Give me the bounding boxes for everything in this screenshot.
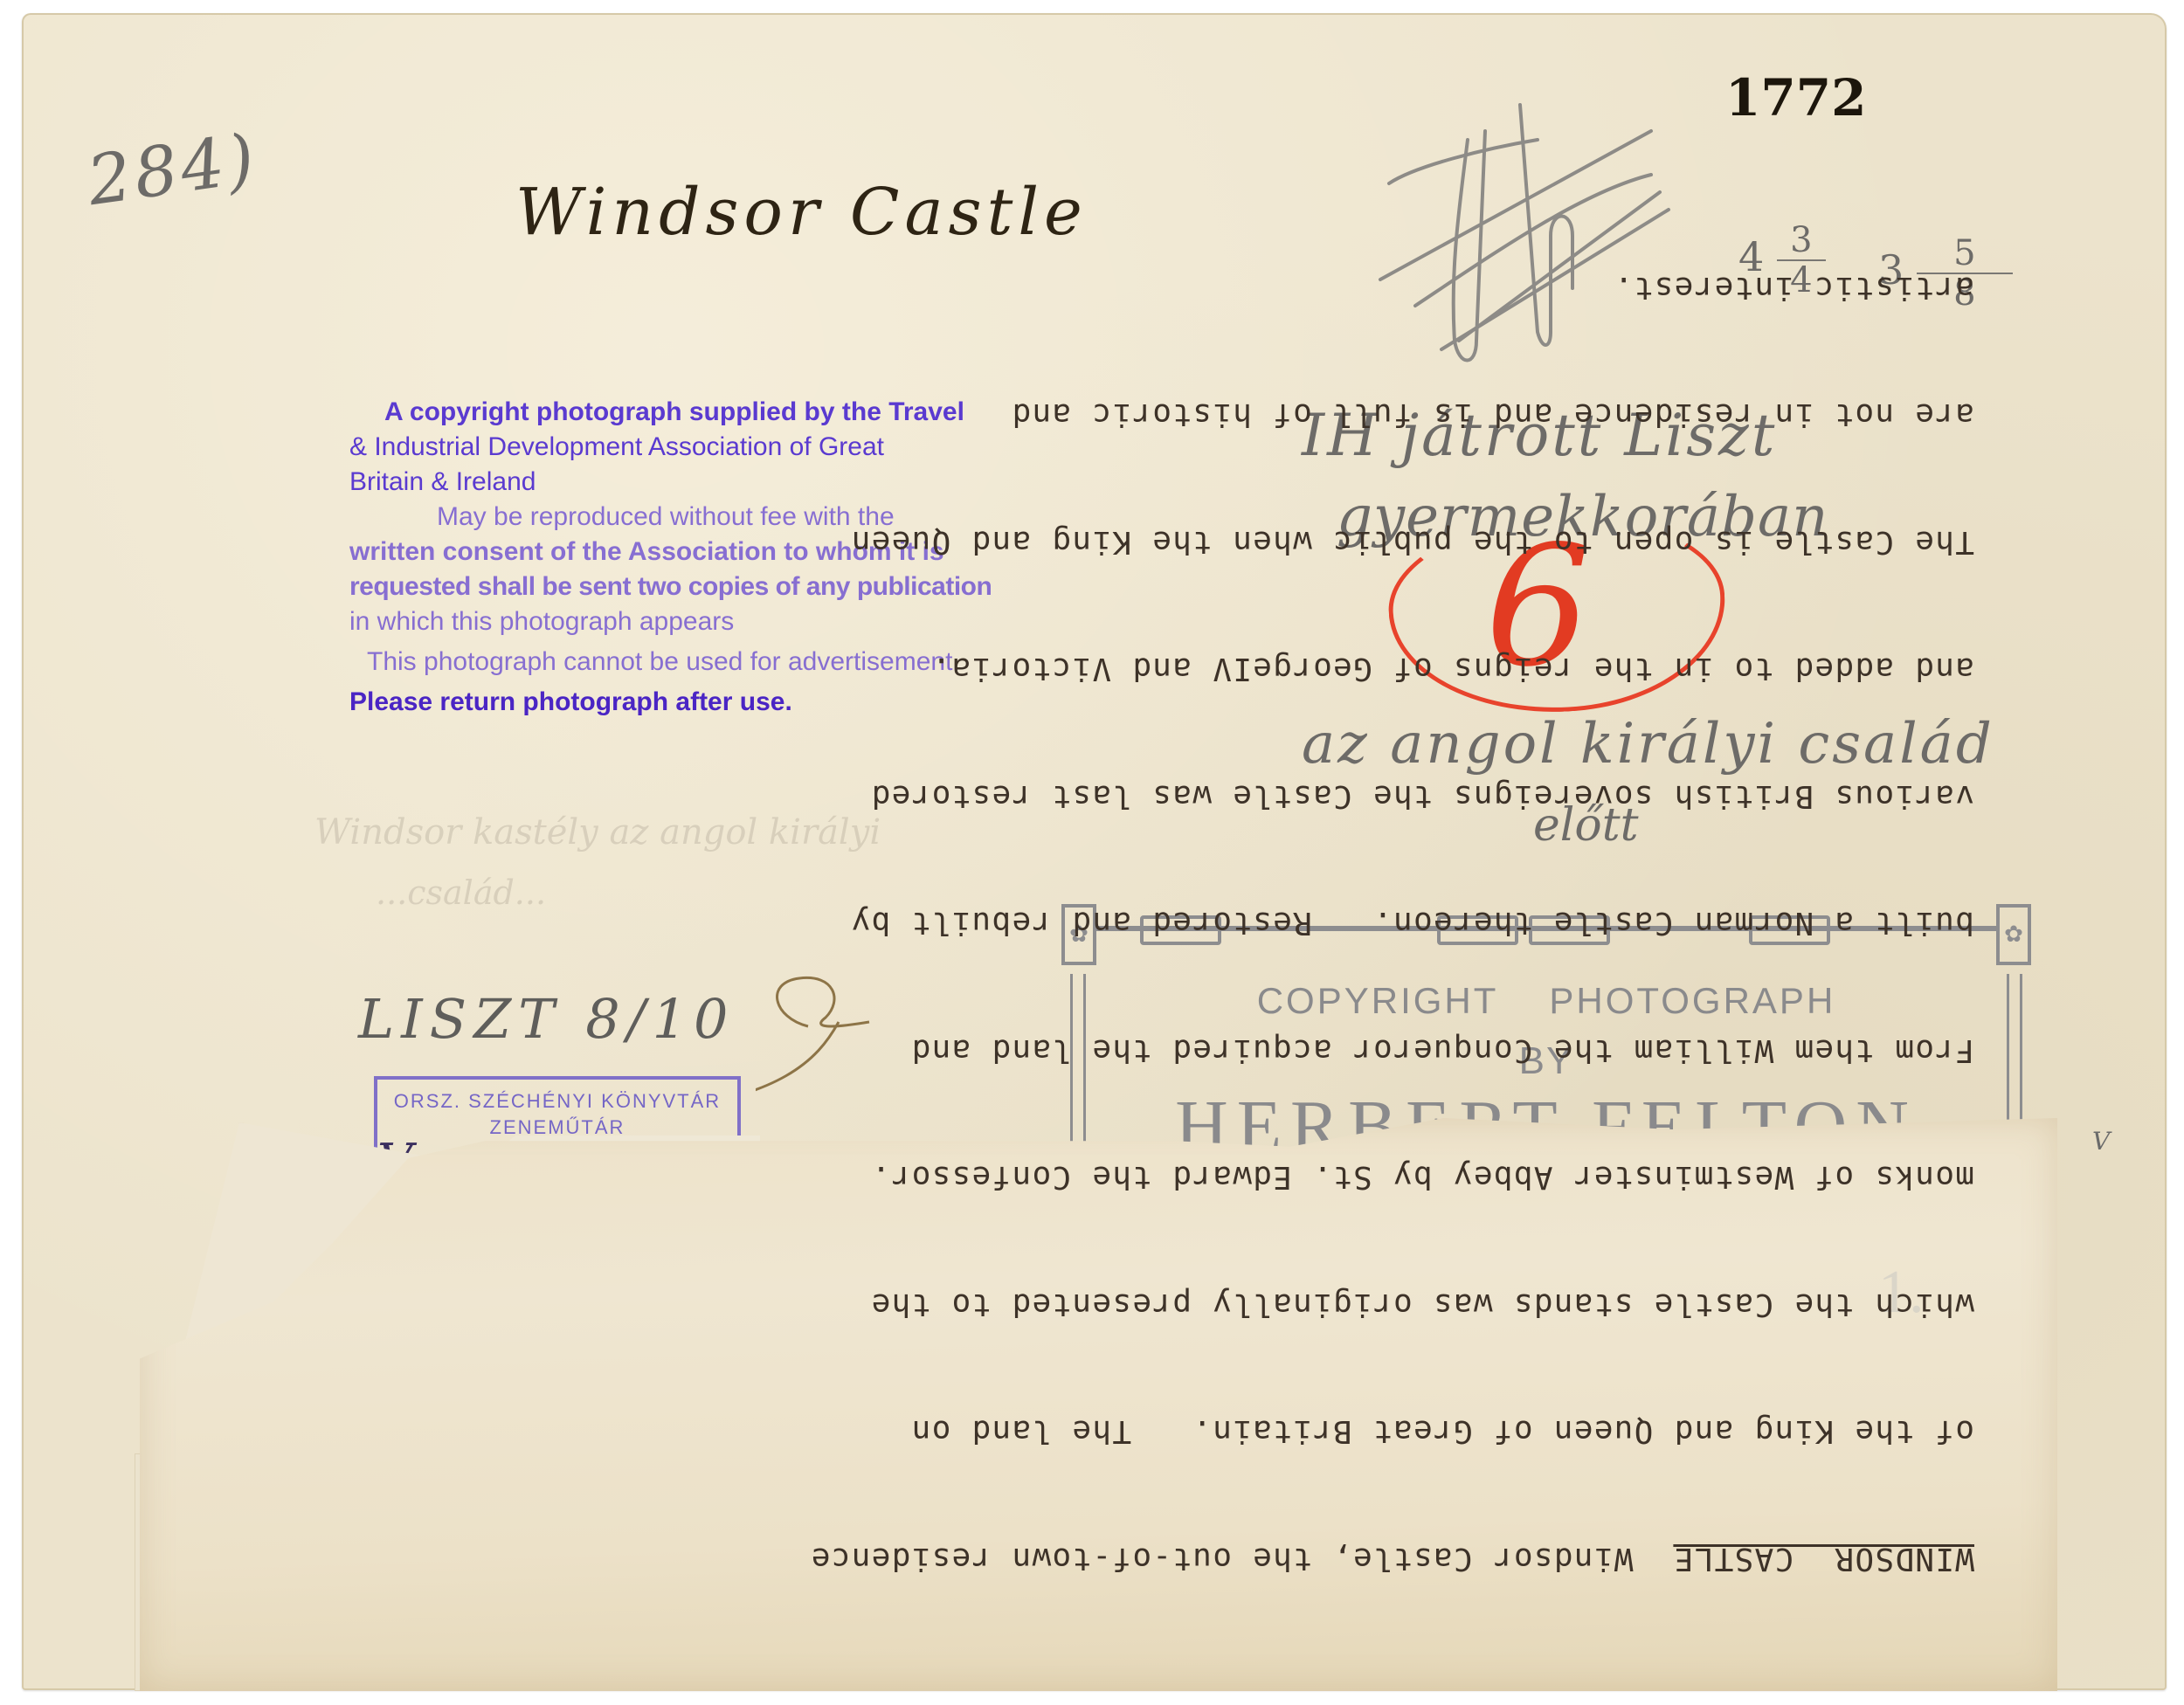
typed-text: Windsor Castle, the out-of-town residenc… xyxy=(811,1541,1674,1577)
typed-line: The Castle is open to the public when th… xyxy=(454,521,1974,563)
typed-line: artistic interest. xyxy=(454,266,1974,309)
typed-line: various British sovereigns the Castle wa… xyxy=(454,775,1974,818)
typed-line: From them William the Conqueror acquired… xyxy=(454,1029,1974,1072)
rosette-ornament-icon: ✿ xyxy=(1996,904,2031,965)
typed-heading: WINDSOR CASTLE xyxy=(1673,1541,1974,1577)
typed-line: are not in residence and is full of hist… xyxy=(454,393,1974,436)
typed-line: WINDSOR CASTLE Windsor Castle, the out-o… xyxy=(454,1537,1974,1580)
typed-line: of the King and Queen of Great Britain. … xyxy=(454,1410,1974,1453)
typed-line: and added to in the reigns of GeorgeIV a… xyxy=(454,647,1974,690)
inventory-number: 1772 xyxy=(1725,68,1866,128)
typed-line: monks of Westminster Abbey by St. Edward… xyxy=(454,1156,1974,1198)
typed-caption-upside-down: WINDSOR CASTLE Windsor Castle, the out-o… xyxy=(454,1175,1974,1664)
typed-line: built a Norman Castle thereon. Restored … xyxy=(454,901,1974,944)
corner-pencil-mark: V xyxy=(2092,1127,2110,1156)
typed-line: which the Castle stands was originally p… xyxy=(454,1283,1974,1326)
